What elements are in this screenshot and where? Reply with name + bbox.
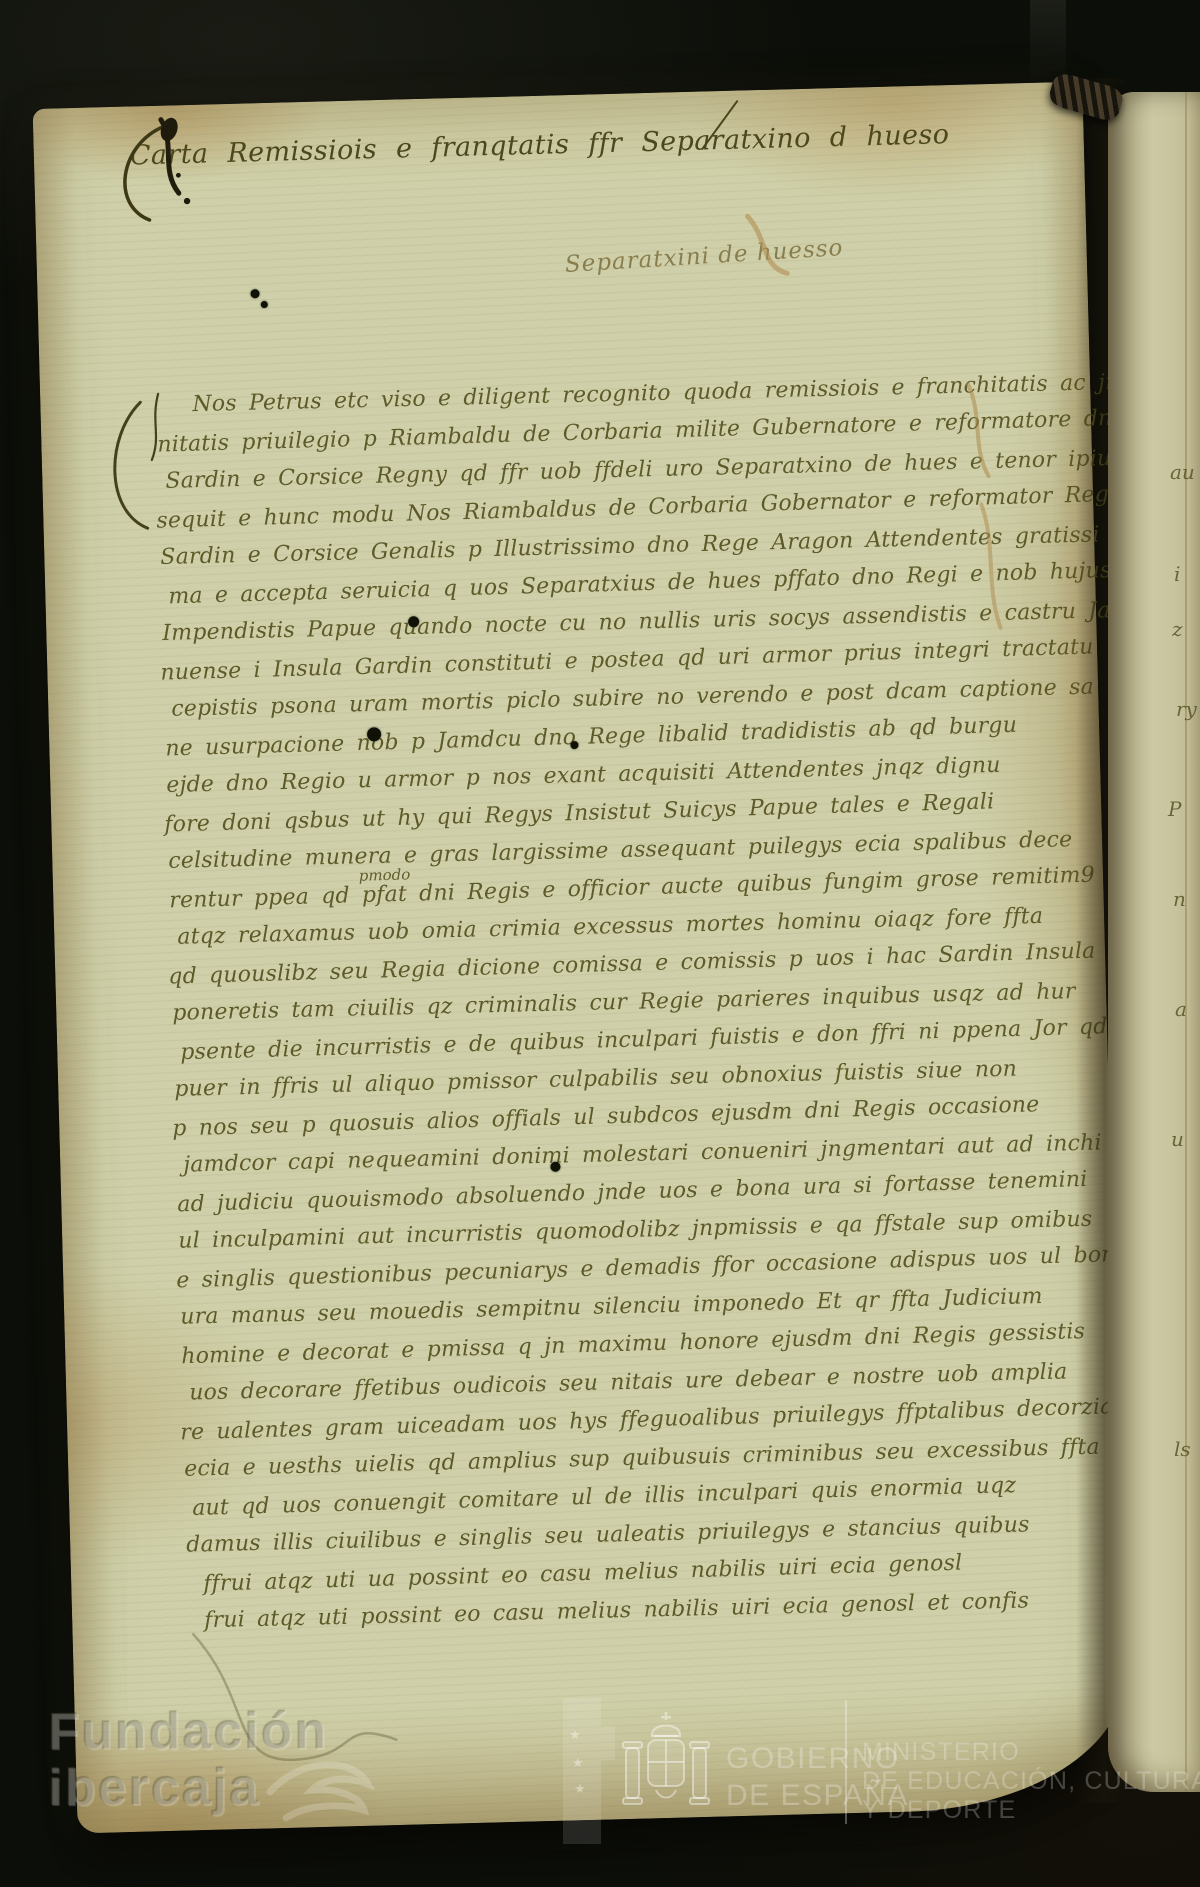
interlinear-addition: pmodo (359, 865, 411, 884)
eu-star-icon: ★ (572, 1756, 584, 1771)
manuscript-title: Carta Remissiois e franqtatis ffr Separa… (129, 119, 949, 171)
folio-text-fragment: a (1175, 997, 1187, 1021)
folio-text-fragment: u (1171, 1127, 1184, 1151)
eu-bar-notch (601, 1726, 615, 1760)
folio-text-fragment: ls (1174, 1437, 1191, 1461)
wormhole (261, 301, 268, 308)
ministerio-line2: DE EDUCACIÓN, CULTURA (862, 1767, 1200, 1796)
spain-coat-of-arms-icon (616, 1710, 716, 1818)
folio-text-fragment: P (1168, 797, 1181, 821)
eu-stars-icon: ★ ★ ★ (563, 1698, 601, 1844)
eu-star-icon: ★ (569, 1728, 581, 1743)
photo-glare (1030, 0, 1066, 88)
ministerio-line3: Y DEPORTE (862, 1796, 1200, 1825)
body-lines: Nos Petrus etc viso e diligent recognito… (156, 373, 989, 1648)
watermark-divider (845, 1700, 847, 1824)
folio-text-fragment: z (1172, 617, 1183, 641)
facing-folio-edge: auizryPnauls (1108, 92, 1200, 1792)
archive-photo-background: Carta Remissiois e franqtatis ffr Separa… (0, 0, 1200, 1887)
wormhole (250, 289, 259, 298)
folio-crease (1185, 92, 1187, 1792)
eu-star-icon: ★ (574, 1782, 586, 1797)
folio-text-fragment: i (1174, 562, 1180, 586)
manuscript-annotation: Separatxini de huesso (564, 235, 844, 278)
ministerio-watermark: MINISTERIO DE EDUCACIÓN, CULTURA Y DEPOR… (862, 1738, 1200, 1825)
folio-text-fragment: au (1170, 460, 1195, 484)
ibercaja-swirl-icon (262, 1748, 382, 1834)
manuscript-page: Carta Remissiois e franqtatis ffr Separa… (33, 82, 1128, 1834)
folio-text-fragment: ry (1176, 697, 1197, 721)
ministerio-line1: MINISTERIO (862, 1738, 1200, 1767)
folio-text-fragment: n (1173, 887, 1186, 911)
